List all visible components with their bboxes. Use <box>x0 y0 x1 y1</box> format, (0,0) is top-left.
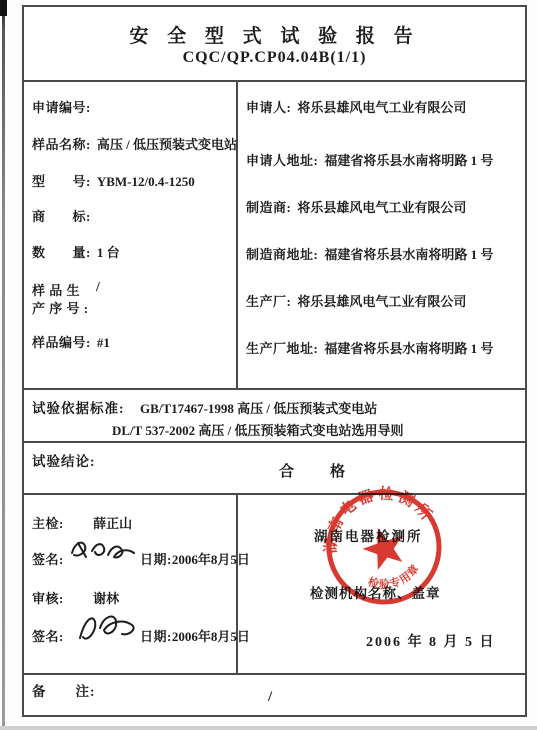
applicant-value: 将乐县雄风电气工业有限公司 <box>297 100 466 115</box>
applicant-address-row: 申请人地址:福建省将乐县水南将明路 1 号 <box>246 150 493 169</box>
chief-signature-label: 签名: <box>32 552 64 567</box>
serial-label-line1: 样 品 生 <box>32 283 80 298</box>
standards-line-1: GB/T17467-1998 高压 / 低压预装式变电站 <box>140 398 377 417</box>
sample-name-row: 样品名称:高压 / 低压预装式变电站 <box>32 134 237 153</box>
sample-info-right-column: 申请人:将乐县雄风电气工业有限公司 申请人地址:福建省将乐县水南将明路 1 号 … <box>238 82 525 388</box>
factory-row: 生产厂:将乐县雄风电气工业有限公司 <box>246 291 466 310</box>
trademark-label: 商 标: <box>32 209 91 224</box>
reviewer-row: 审核: 谢林 <box>32 588 119 607</box>
chief-inspector-name: 薛正山 <box>93 516 132 531</box>
doc-code: CQC/QP.CP04.04B(1/1) <box>24 49 525 67</box>
factory-address-value: 福建省将乐县水南将明路 1 号 <box>324 341 493 356</box>
remarks-value: / <box>268 689 272 706</box>
applicant-address-value: 福建省将乐县水南将明路 1 号 <box>324 153 493 168</box>
seal-star-icon <box>358 522 410 573</box>
standards-label: 试验依据标准: <box>32 397 125 417</box>
manufacturer-row: 制造商:将乐县雄风电气工业有限公司 <box>246 197 466 216</box>
quantity-label: 数 量: <box>32 245 91 260</box>
manufacturer-label: 制造商: <box>246 200 291 215</box>
chief-signature-handwriting <box>68 535 138 569</box>
factory-label: 生产厂: <box>246 294 291 309</box>
chief-date-label: 日期: <box>140 552 172 567</box>
chief-inspector-label: 主检: <box>32 516 64 531</box>
stamp-date: 2006 年 8 月 5 日 <box>366 631 496 651</box>
sample-no-value: #1 <box>97 335 110 350</box>
standards-line-2: DL/T 537-2002 高压 / 低压预装箱式变电站选用导则 <box>112 420 404 439</box>
scanned-report-page: 安 全 型 式 试 验 报 告 CQC/QP.CP04.04B(1/1) 申请编… <box>0 0 537 730</box>
reviewer-signature-row: 签名: <box>32 626 64 645</box>
chief-date-row: 日期:2006年8月5日 <box>140 549 250 568</box>
application-no-label: 申请编号: <box>32 100 91 115</box>
scan-edge-artifact <box>2 0 5 730</box>
manufacturer-address-row: 制造商地址:福建省将乐县水南将明路 1 号 <box>246 244 493 263</box>
conclusion-section: 试验结论: 合 格 <box>24 443 525 495</box>
model-value: YBM-12/0.4-1250 <box>97 174 195 189</box>
reviewer-signature-label: 签名: <box>32 629 64 644</box>
model-label: 型 号: <box>32 174 91 189</box>
factory-address-label: 生产厂地址: <box>246 341 318 356</box>
sample-name-value: 高压 / 低压预装式变电站 <box>97 137 237 152</box>
sample-no-label: 样品编号: <box>32 335 91 350</box>
serial-row-line2: 产 序 号 : <box>32 298 89 317</box>
serial-row-line1: 样 品 生 <box>32 280 80 299</box>
reviewer-signature-handwriting <box>74 610 140 650</box>
signoff-section: 主检: 薛正山 签名: 日期:2006年8月5日 审核 <box>24 495 525 675</box>
scan-bottom-artifact <box>0 726 537 730</box>
application-no-row: 申请编号: <box>32 97 97 116</box>
trademark-row: 商 标: <box>32 206 97 225</box>
signoff-left-column: 主检: 薛正山 签名: 日期:2006年8月5日 审核 <box>24 495 238 673</box>
conclusion-value: 合 格 <box>279 460 347 481</box>
sample-no-row: 样品编号:#1 <box>32 332 110 351</box>
sample-info-section: 申请编号: 样品名称:高压 / 低压预装式变电站 型 号:YBM-12/0.4-… <box>24 82 525 390</box>
quantity-row: 数 量:1 台 <box>32 242 120 261</box>
remarks-section: 备 注: / <box>24 675 525 719</box>
report-table: 安 全 型 式 试 验 报 告 CQC/QP.CP04.04B(1/1) 申请编… <box>22 5 527 717</box>
factory-address-row: 生产厂地址:福建省将乐县水南将明路 1 号 <box>246 338 493 357</box>
serial-value: / <box>96 280 100 296</box>
scan-corner-artifact <box>0 0 7 16</box>
reviewer-date-label: 日期: <box>140 629 172 644</box>
reviewer-label: 审核: <box>32 591 64 606</box>
chief-inspector-row: 主检: 薛正山 <box>32 513 132 532</box>
reviewer-name: 谢林 <box>93 591 119 606</box>
quantity-value: 1 台 <box>97 245 120 260</box>
sample-info-left-column: 申请编号: 样品名称:高压 / 低压预装式变电站 型 号:YBM-12/0.4-… <box>24 82 238 388</box>
factory-value: 将乐县雄风电气工业有限公司 <box>297 294 466 309</box>
sample-name-label: 样品名称: <box>32 137 91 152</box>
model-row: 型 号:YBM-12/0.4-1250 <box>32 171 195 190</box>
report-header: 安 全 型 式 试 验 报 告 CQC/QP.CP04.04B(1/1) <box>24 7 525 82</box>
remarks-label: 备 注: <box>32 680 96 700</box>
applicant-address-label: 申请人地址: <box>246 153 318 168</box>
standards-section: 试验依据标准: GB/T17467-1998 高压 / 低压预装式变电站 DL/… <box>24 390 525 443</box>
conclusion-label: 试验结论: <box>32 450 96 470</box>
reviewer-date-row: 日期:2006年8月5日 <box>140 626 250 645</box>
manufacturer-address-value: 福建省将乐县水南将明路 1 号 <box>324 247 493 262</box>
report-title: 安 全 型 式 试 验 报 告 <box>24 21 525 48</box>
manufacturer-address-label: 制造商地址: <box>246 247 318 262</box>
applicant-label: 申请人: <box>246 100 291 115</box>
chief-signature-row: 签名: <box>32 549 64 568</box>
serial-label-line2: 产 序 号 : <box>32 301 89 316</box>
manufacturer-value: 将乐县雄风电气工业有限公司 <box>297 200 466 215</box>
signoff-right-column: 湖南电器检测所 检测机构名称、盖章 2006 年 8 月 5 日 湖南电器检测所… <box>238 495 525 673</box>
applicant-row: 申请人:将乐县雄风电气工业有限公司 <box>246 97 466 116</box>
